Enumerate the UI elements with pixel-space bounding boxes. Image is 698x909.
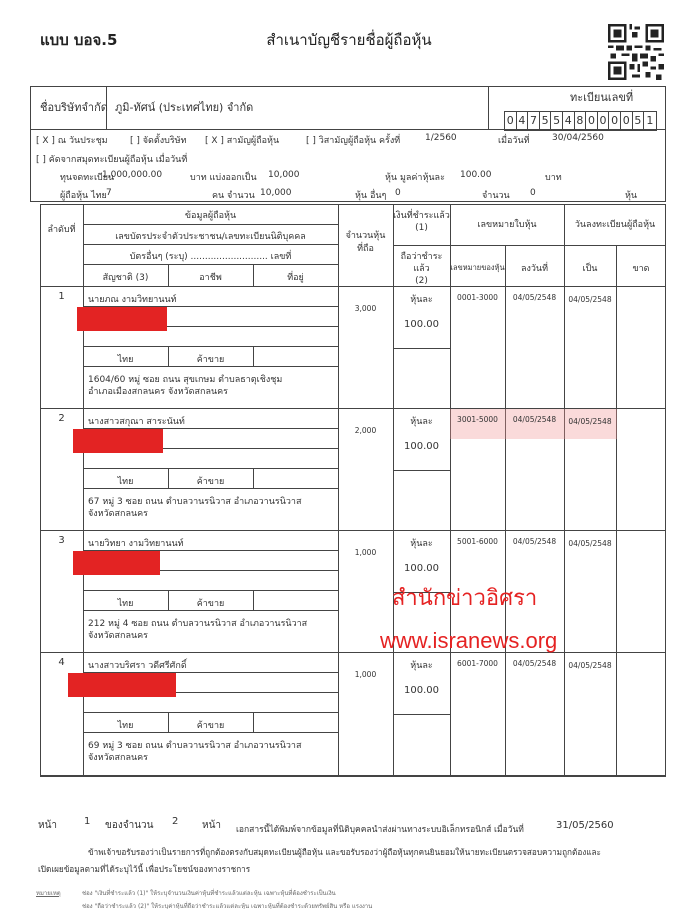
holder-address-line-2: จังหวัดสกลนคร — [88, 628, 148, 642]
thai-holders: 7 — [106, 188, 112, 198]
registration-digit: 4 — [563, 112, 575, 130]
holder-name: นางสาวบริศรา วดีศรีศักดิ์ — [88, 658, 187, 672]
certification-line-2: เปิดเผยข้อมูลตามที่ได้ระบุไว้นี้ เพื่อปร… — [38, 863, 250, 876]
par-label: หุ้น มูลค่าหุ้นละ — [385, 170, 445, 184]
paid-amount: 100.00 — [393, 319, 450, 330]
holder-name: นายภณ งามวิทยานนท์ — [88, 292, 177, 306]
thai-shares: 10,000 — [260, 188, 292, 198]
col-paid-2: ถือว่าชำระแล้ว (2) — [393, 251, 450, 287]
registration-digit: 7 — [528, 112, 540, 130]
remark-2: ช่อง "ถือว่าชำระแล้ว (2)" ให้ระบุค่าหุ้น… — [82, 901, 372, 909]
copy-from-register-option: [ ] คัดจากสมุดทะเบียนผู้ถือหุ้น เมื่อวัน… — [36, 152, 187, 166]
holder-address-line-2: จังหวัดสกลนคร — [88, 506, 148, 520]
cert-date: 04/05/2548 — [505, 415, 564, 424]
redacted-id — [68, 673, 176, 697]
meeting-number: 1/2560 — [425, 133, 457, 143]
holder-occupation: ค้าขาย — [168, 596, 253, 610]
meeting-date: 30/04/2560 — [552, 133, 604, 143]
col-seq: ลำดับที่ — [40, 222, 83, 236]
shares-held: 1,000 — [338, 670, 393, 679]
certification-line-1: ข้าพเจ้าขอรับรองว่าเป็นรายการที่ถูกต้องต… — [88, 846, 601, 859]
col-other-card: บัตรอื่นๆ (ระบุ) .......................… — [83, 249, 338, 263]
cert-range: 0001-3000 — [450, 293, 505, 302]
redacted-id — [77, 307, 167, 331]
col-nationality: สัญชาติ (3) — [83, 270, 168, 284]
col-paid-1: เงินที่ชำระแล้ว (1) — [393, 210, 450, 234]
registered-date: 04/05/2548 — [564, 539, 616, 548]
of-label: ของจำนวน — [105, 818, 154, 833]
holder-occupation: ค้าขาย — [168, 352, 253, 366]
baht-unit: บาท — [545, 170, 562, 184]
paid-amount: 100.00 — [393, 563, 450, 574]
thai-holders-label: ผู้ถือหุ้น ไทย — [60, 188, 107, 202]
shares-held: 3,000 — [338, 304, 393, 313]
per-share-label: หุ้นละ — [393, 292, 450, 306]
row-seq: 1 — [40, 291, 83, 302]
registration-digit: 5 — [633, 112, 645, 130]
page-number: 1 — [84, 816, 90, 827]
extraordinary-meeting-option: [ ] วิสามัญผู้ถือหุ้น ครั้งที่ — [306, 133, 400, 147]
cert-date: 04/05/2548 — [505, 659, 564, 668]
remark-label: หมายเหตุ — [36, 888, 61, 898]
registered-date: 04/05/2548 — [564, 295, 616, 304]
registration-digit: 5 — [540, 112, 552, 130]
col-reg-date: วันลงทะเบียนผู้ถือหุ้น — [564, 217, 666, 231]
printed-date: 31/05/2560 — [556, 820, 614, 831]
divided-label: บาท แบ่งออกเป็น — [190, 170, 257, 184]
par-value: 100.00 — [460, 170, 492, 180]
registration-digit: 0 — [586, 112, 598, 130]
per-share-label: หุ้นละ — [393, 414, 450, 428]
watermark-text: สำนักข่าวอิศรา — [392, 580, 537, 615]
registration-digit: 8 — [575, 112, 587, 130]
watermark-url: www.isranews.org — [380, 628, 557, 654]
holder-name: นางสาวสกุณา สาระนันท์ — [88, 414, 185, 428]
registration-digit: 0 — [505, 112, 517, 130]
per-share-label: หุ้นละ — [393, 536, 450, 550]
row-seq: 3 — [40, 535, 83, 546]
registered-capital: 1,000,000.00 — [102, 170, 162, 180]
registration-digit: 5 — [551, 112, 563, 130]
printed-note: เอกสารนี้ได้พิมพ์จากข้อมูลที่นิติบุคคลนำ… — [236, 822, 524, 836]
shares-held: 2,000 — [338, 426, 393, 435]
col-holder-info: ข้อมูลผู้ถือหุ้น — [83, 208, 338, 222]
holder-address-line-2: จังหวัดสกลนคร — [88, 750, 148, 764]
col-id-number: เลขบัตรประจำตัวประชาชน/เลขทะเบียนนิติบุค… — [83, 229, 338, 243]
registered-date: 04/05/2548 — [564, 417, 616, 426]
registration-digit: 0 — [621, 112, 633, 130]
company-name: ภูมิ-ทัศน์ (ประเทศไทย) จำกัด — [115, 98, 253, 116]
registration-digit: 4 — [517, 112, 529, 130]
col-cert-range: เลขหมายของหุ้น — [450, 262, 505, 274]
remark-1: ช่อง "เงินที่ชำระแล้ว (1)" ให้ระบุจำนวนเ… — [82, 888, 336, 898]
cert-range: 3001-5000 — [450, 415, 505, 424]
registration-digit: 0 — [598, 112, 610, 130]
other-label: หุ้น อื่นๆ — [355, 188, 386, 202]
cert-date: 04/05/2548 — [505, 293, 564, 302]
holder-occupation: ค้าขาย — [168, 718, 253, 732]
registered-date: 04/05/2548 — [564, 661, 616, 670]
row-seq: 2 — [40, 413, 83, 424]
registration-number: 0475548000051 — [504, 111, 657, 131]
company-name-label: ชื่อบริษัทจำกัด — [40, 98, 108, 116]
holder-nationality: ไทย — [83, 352, 168, 366]
persons-label: คน จำนวน — [212, 188, 255, 202]
page-label: หน้า — [38, 818, 57, 833]
amount-label: จำนวน — [482, 188, 510, 202]
holder-occupation: ค้าขาย — [168, 474, 253, 488]
holder-nationality: ไทย — [83, 718, 168, 732]
cert-range: 5001-6000 — [450, 537, 505, 546]
paid-amount: 100.00 — [393, 441, 450, 452]
per-share-label: หุ้นละ — [393, 658, 450, 672]
holder-name: นายวิทยา งามวิทยานนท์ — [88, 536, 184, 550]
col-became: เป็น — [564, 261, 616, 275]
col-cert-date: ลงวันที่ — [505, 261, 564, 275]
meeting-date-option: [ X ] ณ วันประชุม — [36, 133, 108, 147]
col-occupation: อาชีพ — [168, 270, 253, 284]
total-shares: 10,000 — [268, 170, 300, 180]
registration-digit: 1 — [644, 112, 656, 130]
shares-held: 1,000 — [338, 548, 393, 557]
holder-nationality: ไทย — [83, 474, 168, 488]
document-title: สำเนาบัญชีรายชื่อผู้ถือหุ้น — [0, 28, 698, 52]
meeting-date-label: เมื่อวันที่ — [498, 133, 530, 147]
col-cert-no: เลขหมายใบหุ้น — [450, 217, 564, 231]
founding-option: [ ] จัดตั้งบริษัท — [130, 133, 187, 147]
col-address: ที่อยู่ — [253, 270, 338, 284]
other-holders: 0 — [395, 188, 401, 198]
shares-unit: หุ้น — [625, 188, 637, 202]
registration-digit: 0 — [609, 112, 621, 130]
other-shares: 0 — [530, 188, 536, 198]
qr-code-icon — [608, 24, 664, 80]
holder-address-line-2: อำเภอเมืองสกลนคร จังหวัดสกลนคร — [88, 384, 228, 398]
col-shares-held: จำนวนหุ้น ที่ถือ — [338, 230, 393, 256]
col-ceased: ขาด — [616, 261, 666, 275]
cert-date: 04/05/2548 — [505, 537, 564, 546]
redacted-id — [73, 551, 160, 575]
ordinary-meeting-option: [ X ] สามัญผู้ถือหุ้น — [205, 133, 279, 147]
total-pages: 2 — [172, 816, 178, 827]
registration-label: ทะเบียนเลขที่ — [570, 88, 633, 106]
cert-range: 6001-7000 — [450, 659, 505, 668]
redacted-id — [73, 429, 163, 453]
pages-label: หน้า — [202, 818, 221, 833]
holder-nationality: ไทย — [83, 596, 168, 610]
row-seq: 4 — [40, 657, 83, 668]
paid-amount: 100.00 — [393, 685, 450, 696]
